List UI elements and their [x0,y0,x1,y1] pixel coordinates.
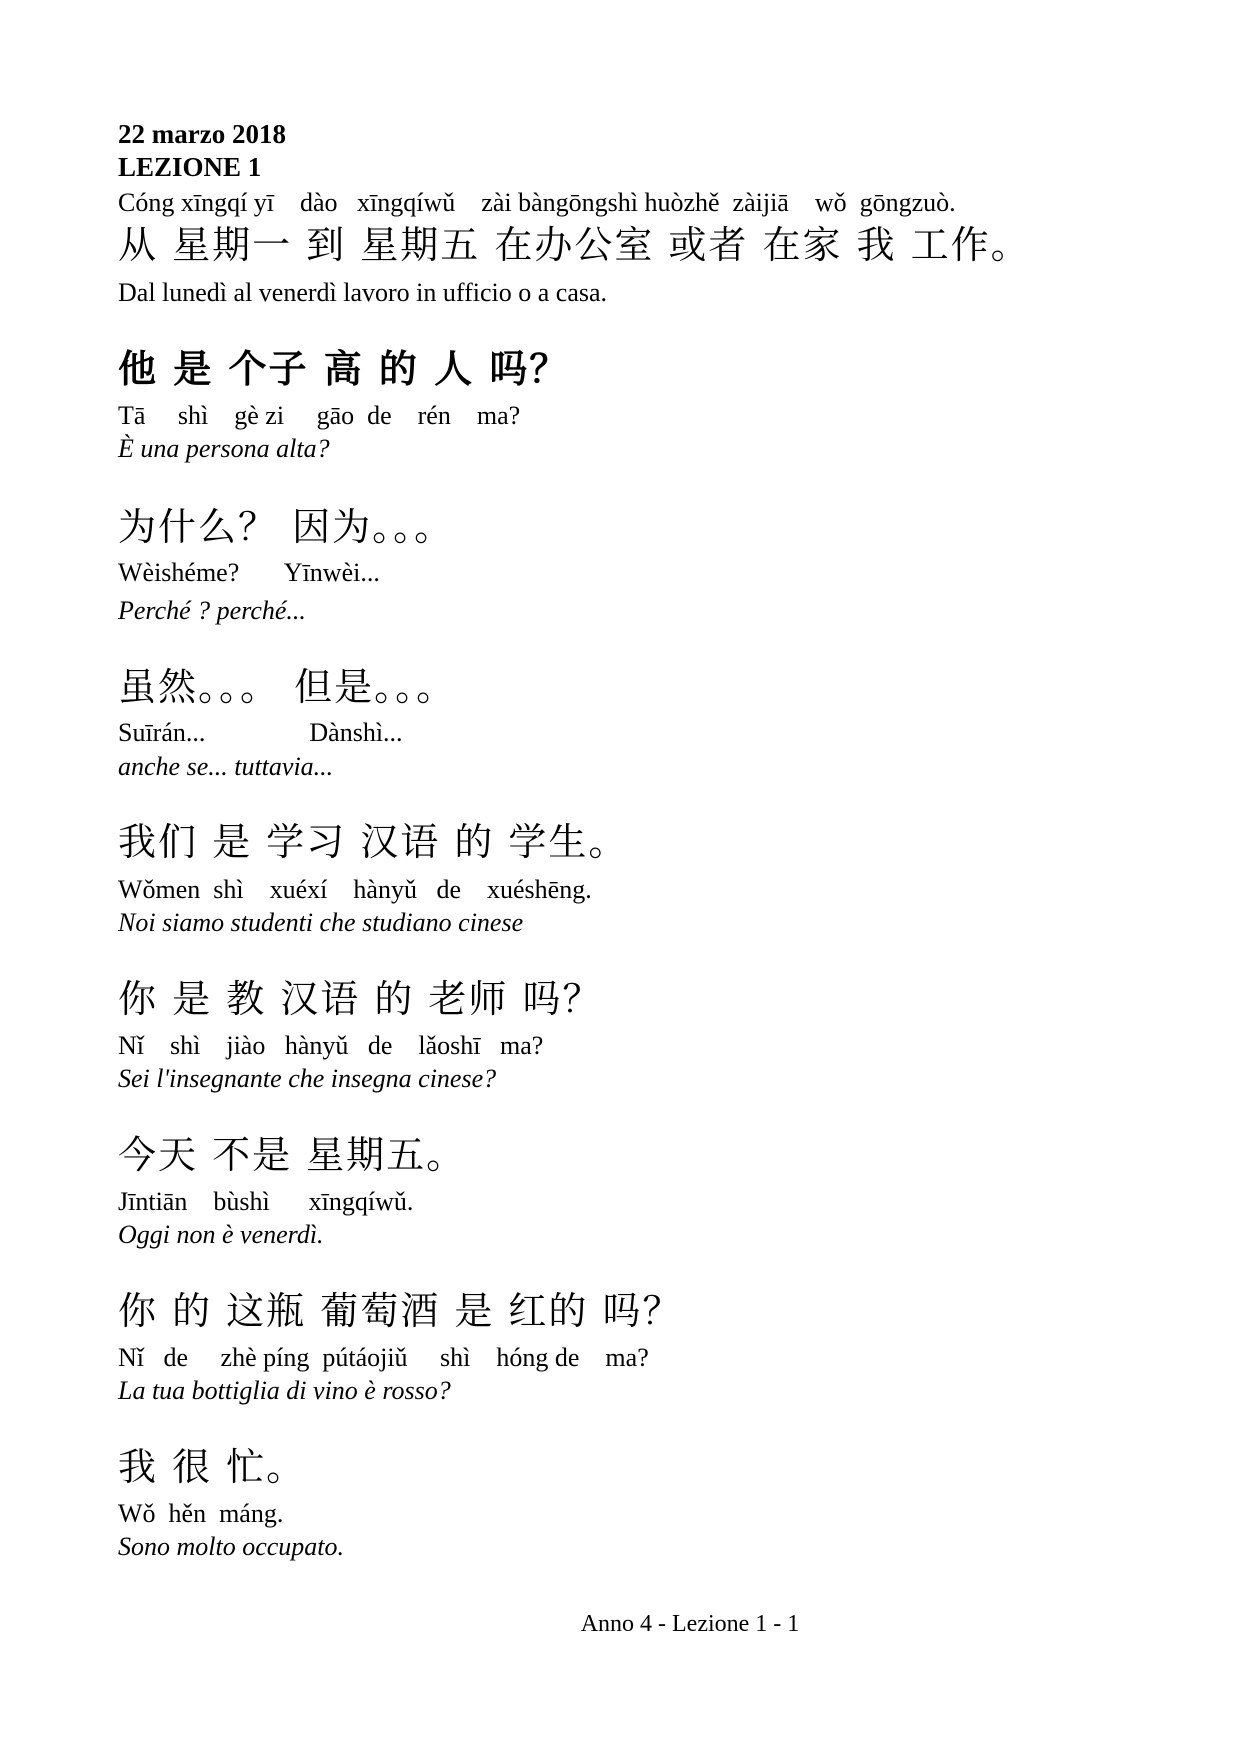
document-page: 22 marzo 2018 LEZIONE 1 Cóng xīngqí yī d… [0,0,1240,1755]
entry-translation: Dal lunedì al venerdì lavoro in ufficio … [118,280,607,306]
entry-translation: Sono molto occupato. [118,1534,344,1560]
entry-hanzi: 我 很 忙。 [118,1448,306,1486]
lesson-title: LEZIONE 1 [118,154,261,181]
entry-pinyin: Nǐ shì jiào hànyǔ de lǎoshī ma? [118,1033,543,1059]
entry-pinyin: Jīntiān bùshì xīngqíwǔ. [118,1189,413,1215]
entry-translation: anche se... tuttavia... [118,754,333,780]
entry-hanzi: 我们 是 学习 汉语 的 学生。 [118,823,628,861]
entry-translation: È una persona alta? [118,436,330,462]
entry-hanzi: 从 星期一 到 星期五 在办公室 或者 在家 我 工作。 [118,226,1031,264]
entry-translation: La tua bottiglia di vino è rosso? [118,1378,451,1404]
entry-pinyin: Suīrán... Dànshì... [118,720,403,746]
document-date: 22 marzo 2018 [118,121,286,148]
entry-hanzi: 你 的 这瓶 葡萄酒 是 红的 吗？ [118,1292,682,1330]
entry-pinyin: Cóng xīngqí yī dào xīngqíwǔ zài bàngōngs… [118,190,956,216]
entry-pinyin: Wǒmen shì xuéxí hànyǔ de xuéshēng. [118,877,592,903]
entry-pinyin: Tā shì gè zi gāo de rén ma? [118,403,520,429]
entry-translation: Perché ? perché... [118,598,306,624]
entry-hanzi: 为什么？ 因为。。。 [118,508,454,546]
entry-translation: Oggi non è venerdì. [118,1222,324,1248]
entry-pinyin: Nǐ de zhè píng pútáojiǔ shì hóng de ma? [118,1345,649,1371]
entry-hanzi: 今天 不是 星期五。 [118,1136,466,1174]
entry-hanzi: 你 是 教 汉语 的 老师 吗？ [118,980,602,1018]
entry-hanzi: 他 是 个子 高 的 人 吗？ [118,350,569,388]
entry-translation: Sei l'insegnante che insegna cinese? [118,1066,496,1092]
page-footer: Anno 4 - Lezione 1 - 1 [0,1611,1240,1638]
entry-hanzi: 虽然。。。 但是。。。 [118,668,456,706]
entry-translation: Noi siamo studenti che studiano cinese [118,910,523,936]
entry-pinyin: Wǒ hěn máng. [118,1501,283,1527]
entry-pinyin: Wèishéme? Yīnwèi... [118,560,380,586]
